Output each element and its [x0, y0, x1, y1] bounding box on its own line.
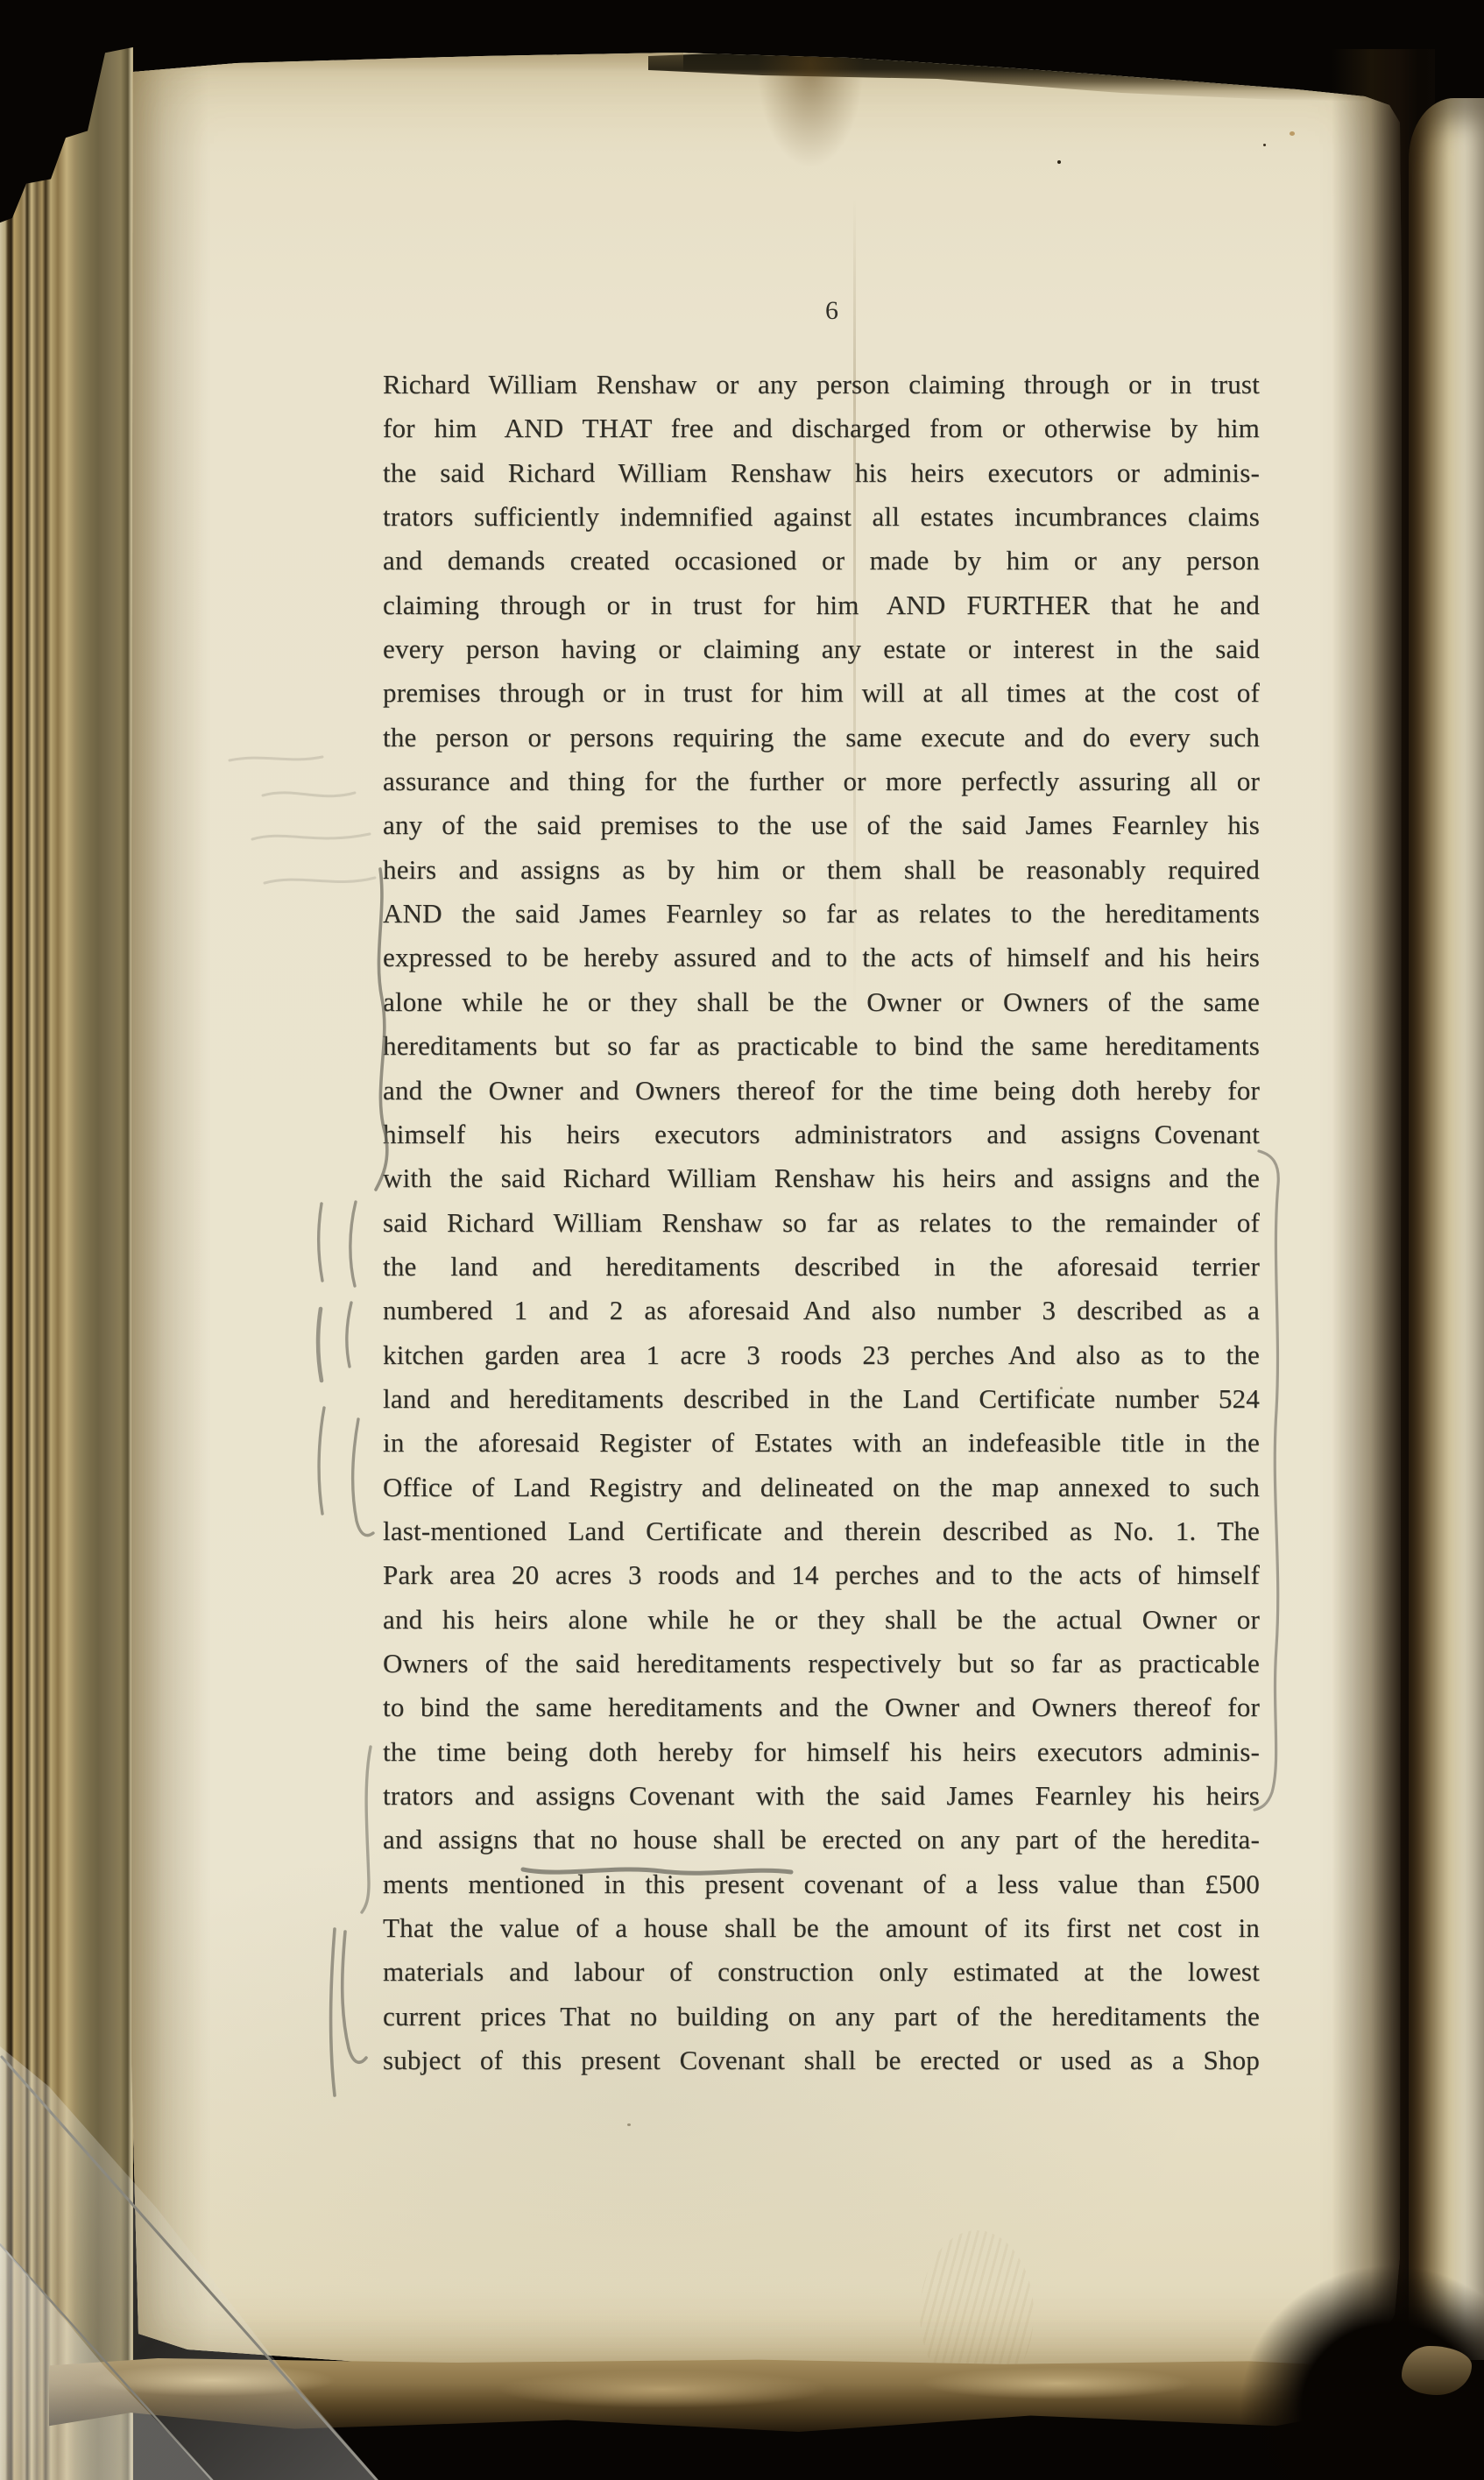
ink-speck: [1060, 1387, 1063, 1389]
text-line: ments mentioned in this present covenant…: [383, 1862, 1260, 1906]
text-line: the person or persons requiring the same…: [383, 716, 1260, 760]
text-line: Owners of the said hereditaments respect…: [383, 1642, 1260, 1685]
ink-speck: [1263, 144, 1266, 146]
top-edge-line: [140, 49, 683, 72]
text-line: the time being doth hereby for himself h…: [383, 1730, 1260, 1774]
text-line: kitchen garden area 1 acre 3 roods 23 pe…: [383, 1333, 1260, 1377]
text-line: the said Richard William Renshaw his hei…: [383, 451, 1260, 495]
text-line: heirs and assigns as by him or them shal…: [383, 848, 1260, 892]
text-line: claiming through or in trust for him AND…: [383, 583, 1260, 627]
text-line: assurance and thing for the further or m…: [383, 760, 1260, 803]
facing-page-sliver: [1409, 98, 1484, 2360]
text-line: Park area 20 acres 3 roods and 14 perche…: [383, 1553, 1260, 1597]
text-line: premises through or in trust for him wil…: [383, 671, 1260, 715]
text-line: and his heirs alone while he or they sha…: [383, 1598, 1260, 1642]
text-line: to bind the same hereditaments and the O…: [383, 1685, 1260, 1729]
text-line: and assigns that no house shall be erect…: [383, 1818, 1260, 1862]
scanned-book-page: 6 Richard William Renshaw or any person …: [0, 0, 1484, 2480]
text-line: AND the said James Fearnley so far as re…: [383, 892, 1260, 936]
text-line: materials and labour of construction onl…: [383, 1950, 1260, 1994]
text-line: numbered 1 and 2 as aforesaid And also n…: [383, 1289, 1260, 1332]
text-line: the land and hereditaments described in …: [383, 1245, 1260, 1289]
text-line: with the said Richard William Renshaw hi…: [383, 1156, 1260, 1200]
text-line: any of the said premises to the use of t…: [383, 803, 1260, 847]
text-line: That the value of a house shall be the a…: [383, 1906, 1260, 1950]
text-line: himself his heirs executors administrato…: [383, 1113, 1260, 1156]
text-line: current prices That no building on any p…: [383, 1995, 1260, 2038]
legal-text-block: Richard William Renshaw or any person cl…: [383, 363, 1260, 2082]
text-line: said Richard William Renshaw so far as r…: [383, 1201, 1260, 1245]
text-line: expressed to be hereby assured and to th…: [383, 936, 1260, 979]
text-line: hereditaments but so far as practicable …: [383, 1024, 1260, 1068]
text-line: and demands created occasioned or made b…: [383, 539, 1260, 583]
text-line: and the Owner and Owners thereof for the…: [383, 1069, 1260, 1113]
text-line: land and hereditaments described in the …: [383, 1377, 1260, 1421]
text-line: Office of Land Registry and delineated o…: [383, 1466, 1260, 1509]
text-line: trators sufficiently indemnified against…: [383, 495, 1260, 539]
text-line: trators and assigns Covenant with the sa…: [383, 1774, 1260, 1818]
text-line: subject of this present Covenant shall b…: [383, 2038, 1260, 2082]
text-line: alone while he or they shall be the Owne…: [383, 980, 1260, 1024]
ink-speck: [627, 2123, 631, 2126]
text-line: Richard William Renshaw or any person cl…: [383, 363, 1260, 406]
page-number: 6: [383, 296, 1282, 326]
text-line: in the aforesaid Register of Estates wit…: [383, 1421, 1260, 1465]
ink-speck: [1057, 160, 1061, 164]
foxing-spot: [1290, 131, 1295, 136]
text-line: last-mentioned Land Certificate and ther…: [383, 1509, 1260, 1553]
text-line: every person having or claiming any esta…: [383, 627, 1260, 671]
text-line: for him AND THAT free and discharged fro…: [383, 406, 1260, 450]
